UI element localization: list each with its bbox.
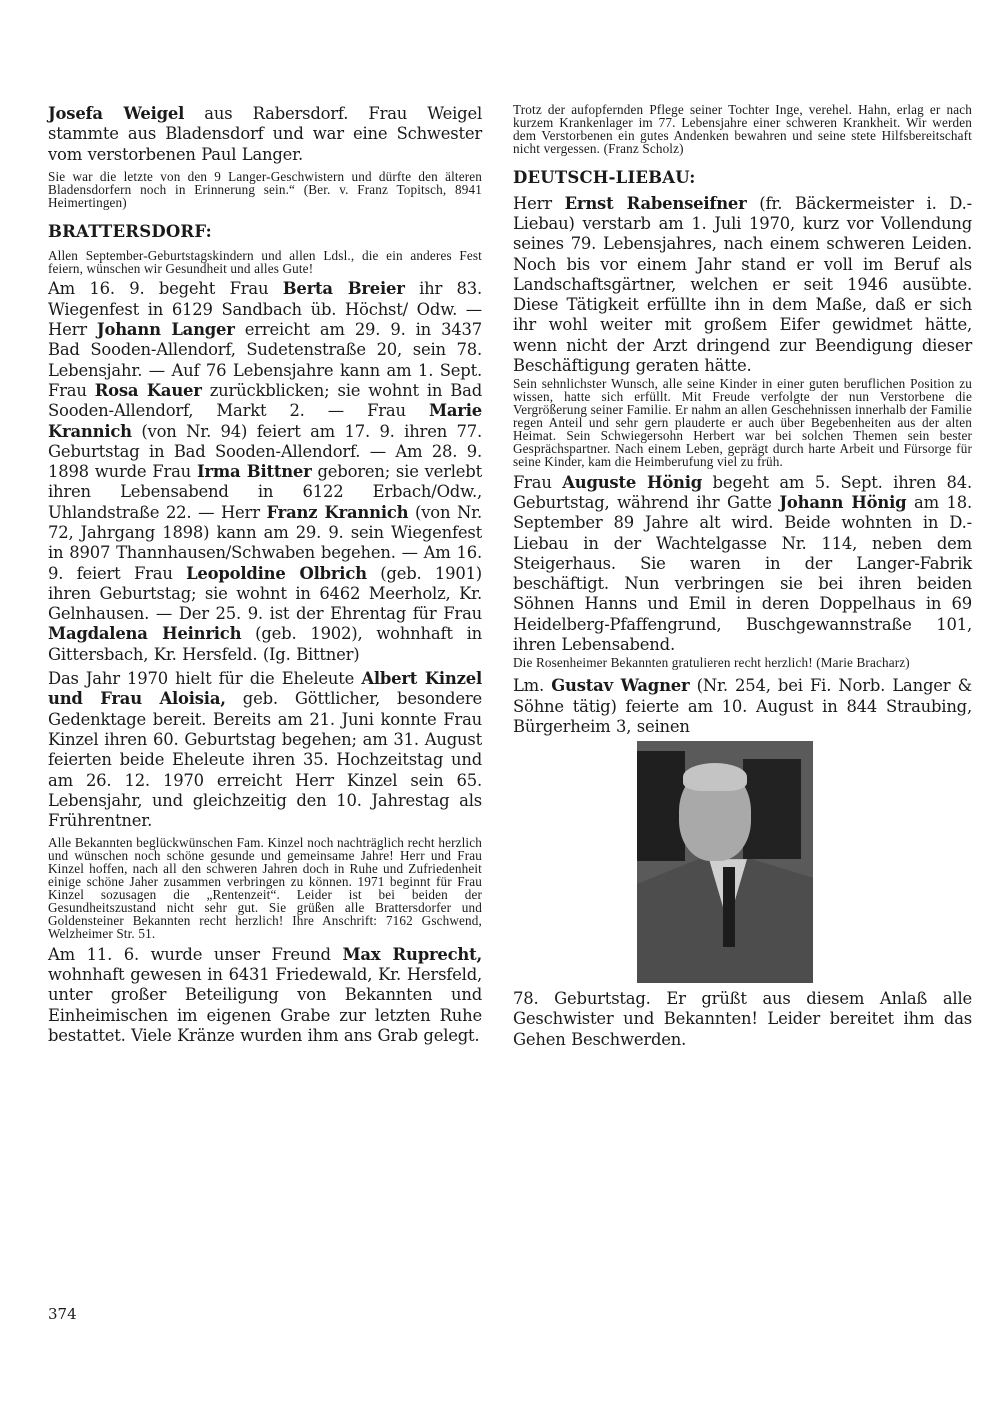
section-heading-brattersdorf: BRATTERSDORF: [48,222,482,242]
kinzel-small-paragraph: Alle Bekannten beglückwünschen Fam. Kinz… [48,837,482,940]
greeting-paragraph: Allen September-Geburtstagskindern und a… [48,250,482,276]
paragraph-text: Am 16. 9. begeht Frau [48,279,283,298]
name-bold: Leopoldine Olbrich [186,564,367,583]
paragraph-text: (fr. Bäckermeister i. D.-Liebau) verstar… [513,194,972,375]
name-bold: Johann Hönig [779,493,906,512]
page-number: 374 [48,1305,77,1323]
name-bold: Auguste Hönig [562,473,702,492]
name-bold: Gustav Wagner [551,676,689,695]
paragraph-text: Das Jahr 1970 hielt für die Eheleute [48,669,361,688]
paragraph-text: geb. Göttlicher, besondere Gedenktage be… [48,689,482,830]
name-bold: Johann Langer [97,320,235,339]
birthdays-paragraph: Am 16. 9. begeht Frau Berta Breier ihr 8… [48,279,482,665]
paragraph-text: Lm. [513,676,551,695]
paragraph-text: Herr [513,194,565,213]
rabenseifner-paragraph: Herr Ernst Rabenseifner (fr. Bäckermeist… [513,194,972,377]
wagner-paragraph: Lm. Gustav Wagner (Nr. 254, bei Fi. Norb… [513,676,972,737]
name-bold: Irma Bittner [197,462,312,481]
ruprecht-paragraph: Am 11. 6. wurde unser Freund Max Ruprech… [48,945,482,1046]
hoenig-paragraph: Frau Auguste Hönig begeht am 5. Sept. ih… [513,473,972,656]
name-bold: Franz Krannich [267,503,409,522]
portrait-photo [637,741,813,983]
right-column: Trotz der aufopfernden Pflege seiner Toc… [513,104,972,1050]
name-bold: Berta Breier [283,279,405,298]
kinzel-paragraph: Das Jahr 1970 hielt für die Eheleute Alb… [48,669,482,831]
name-bold: Rosa Kauer [95,381,202,400]
name-bold: Ernst Rabenseifner [565,194,747,213]
rabenseifner-small-paragraph: Sein sehnlichster Wunsch, alle seine Kin… [513,378,972,468]
name-bold: Magdalena Heinrich [48,624,241,643]
section-heading-deutsch-liebau: DEUTSCH-LIEBAU: [513,168,972,188]
weigel-small-paragraph: Sie war die letzte von den 9 Langer-Gesc… [48,171,482,210]
name-bold: Max Ruprecht, [342,945,482,964]
paragraph-text: Frau [513,473,562,492]
wagner-continuation-paragraph: 78. Geburtstag. Er grüßt aus diesem Anla… [513,989,972,1050]
paragraph-text: am 18. September 89 Jahre alt wird. Beid… [513,493,972,654]
left-column: Josefa Weigel aus Rabersdorf. Frau Weige… [48,104,482,1046]
obituary-small-paragraph: Trotz der aufopfernden Pflege seiner Toc… [513,104,972,156]
name-bold: Josefa Weigel [48,104,184,123]
weigel-paragraph: Josefa Weigel aus Rabersdorf. Frau Weige… [48,104,482,165]
paragraph-text: wohnhaft gewesen in 6431 Friedewald, Kr.… [48,965,482,1045]
paragraph-text: Am 11. 6. wurde unser Freund [48,945,342,964]
hoenig-small-paragraph: Die Rosenheimer Bekannten gratulieren re… [513,657,972,670]
